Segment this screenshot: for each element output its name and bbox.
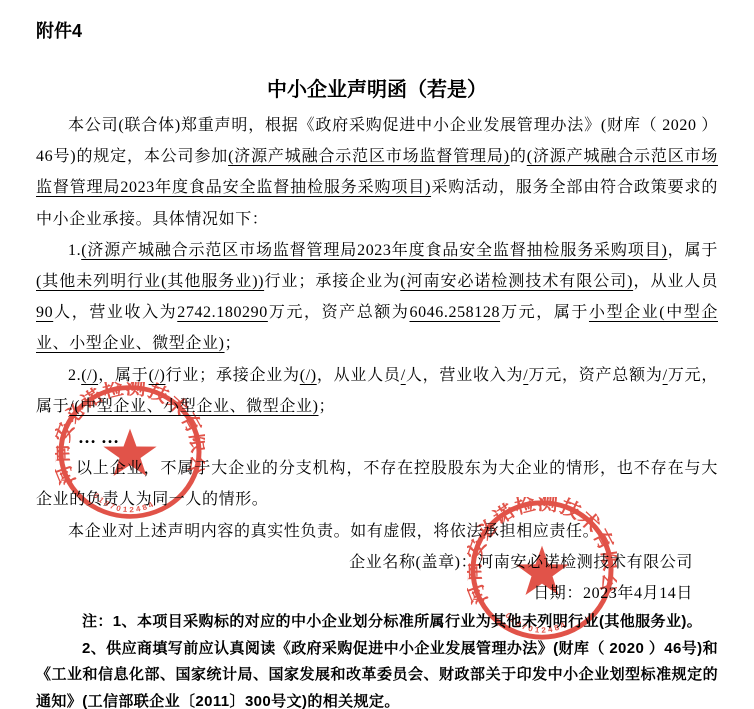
signature-date-line: 日期：2023年4月14日	[36, 578, 693, 609]
paragraph-text: ，从业人员	[633, 273, 718, 290]
document-page: 附件4 中小企业声明函（若是） 本公司(联合体)郑重声明，根据《政府采购促进中小…	[0, 0, 754, 709]
paragraph-text: ，属于	[98, 367, 148, 384]
paragraph-text: 2.	[68, 367, 81, 384]
filled-in-value: (/)	[149, 367, 166, 384]
paragraph-responsibility: 本企业对上述声明内容的真实性负责。如有虚假，将依法承担相应责任。	[36, 516, 718, 547]
filled-in-value: 6046.258128	[409, 304, 500, 321]
document-content: 附件4 中小企业声明函（若是） 本公司(联合体)郑重声明，根据《政府采购促进中小…	[0, 0, 754, 709]
paragraph-item-2: 2.(/)，属于(/)行业；承接企业为(/)，从业人员/人，营业收入为/万元，资…	[36, 360, 718, 422]
paragraph-text: 1.	[68, 242, 81, 259]
paragraph-text: 万元，属于	[500, 304, 589, 321]
paragraph-declaration-intro: 本公司(联合体)郑重声明，根据《政府采购促进中小企业发展管理办法》(财库（ 20…	[36, 110, 718, 235]
filled-in-value: (其他未列明行业(其他服务业))	[36, 273, 264, 290]
paragraph-text: 的	[510, 148, 527, 165]
paragraph-text: ；	[319, 398, 336, 415]
filled-in-value: 2742.180290	[177, 304, 268, 321]
filled-in-value: (济源产城融合示范区市场监督管理局2023年度食品安全监督抽检服务采购项目)	[81, 242, 667, 259]
filled-in-value: (/)	[81, 367, 98, 384]
paragraph-text: ；	[225, 335, 242, 352]
note-1: 注：1、本项目采购标的对应的中小企业划分标准所属行业为其他未列明行业(其他服务业…	[36, 609, 718, 636]
filled-in-value: 90	[36, 304, 53, 321]
document-title: 中小企业声明函（若是）	[36, 78, 718, 102]
paragraph-text: 行业；承接企业为	[165, 367, 299, 384]
paragraph-text: ，从业人员	[317, 367, 401, 384]
filled-in-value: /(中型企业、小型企业、微型企业)	[69, 398, 318, 415]
signature-company-line: 企业名称(盖章)：河南安必诺检测技术有限公司	[36, 547, 693, 578]
paragraph-text: 人，营业收入为	[53, 304, 177, 321]
paragraph-item-1: 1.(济源产城融合示范区市场监督管理局2023年度食品安全监督抽检服务采购项目)…	[36, 235, 718, 360]
paragraph-text: 万元，资产总额为	[528, 367, 662, 384]
paragraph-text: 行业；承接企业为	[264, 273, 400, 290]
declaration-body: 本公司(联合体)郑重声明，根据《政府采购促进中小企业发展管理办法》(财库（ 20…	[36, 110, 718, 609]
note-2: 2、供应商填写前应认真阅读《政府采购促进中小企业发展管理办法》(财库（ 2020…	[36, 636, 718, 709]
paragraph-text: 人，营业收入为	[406, 367, 524, 384]
paragraph-text: 万元，资产总额为	[268, 304, 410, 321]
ellipsis-line: ……	[36, 422, 718, 453]
attachment-label: 附件4	[36, 0, 718, 42]
filled-in-value: (/)	[300, 367, 317, 384]
filled-in-value: (济源产城融合示范区市场监督管理局)	[228, 148, 510, 165]
notes-section: 注：1、本项目采购标的对应的中小企业划分标准所属行业为其他未列明行业(其他服务业…	[36, 609, 718, 709]
paragraph-text: ，属于	[667, 242, 718, 259]
filled-in-value: (河南安必诺检测技术有限公司)	[400, 273, 633, 290]
paragraph-no-large-enterprise: 以上企业，不属于大企业的分支机构，不存在控股股东为大企业的情形，也不存在与大企业…	[36, 453, 718, 515]
